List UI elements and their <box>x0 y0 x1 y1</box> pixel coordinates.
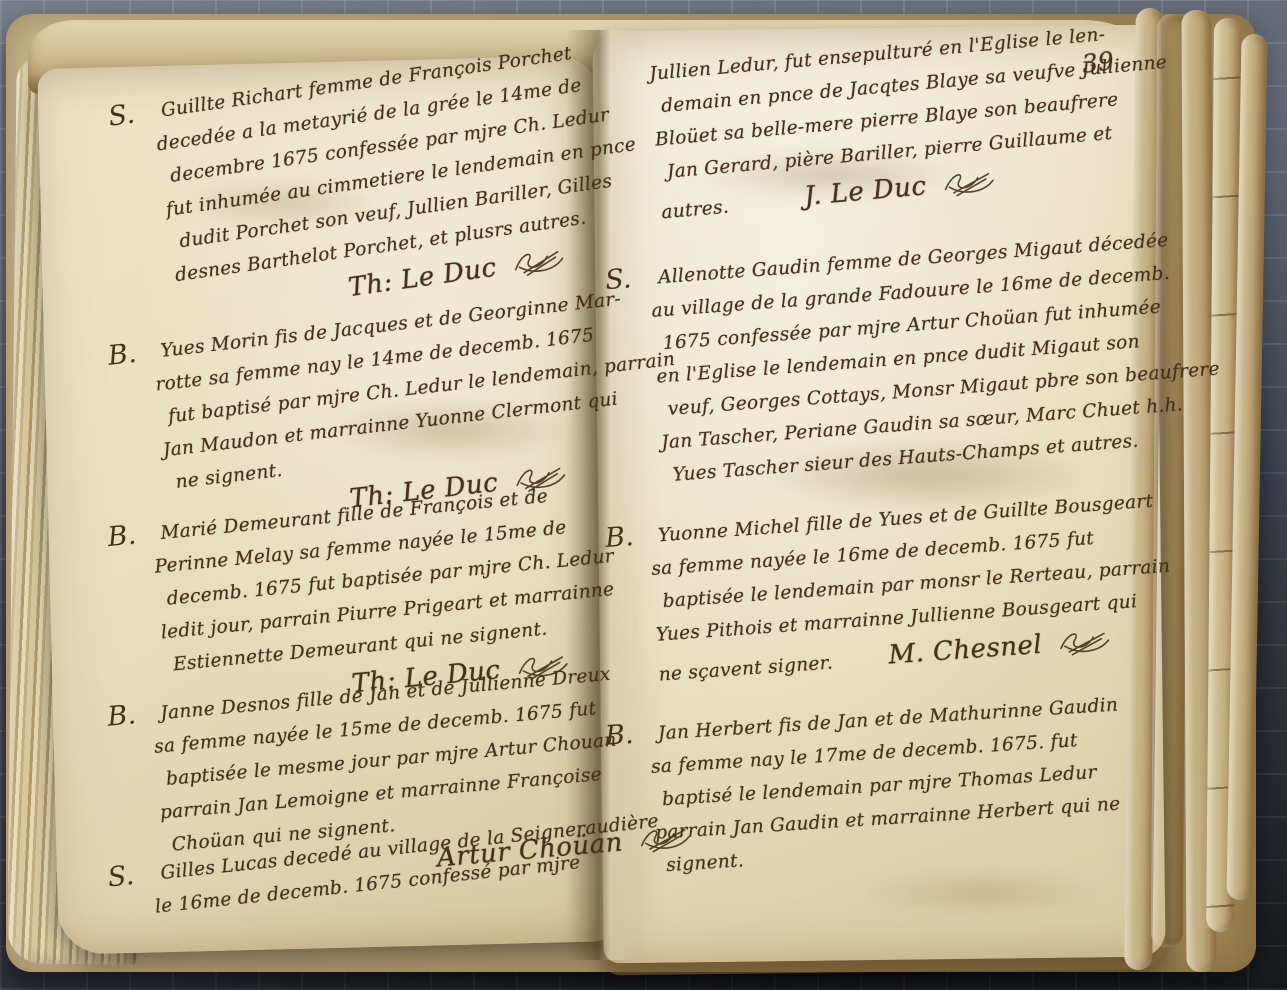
register-entry: B.Yuonne Michel fille de Yues et de Guil… <box>648 484 1171 691</box>
margin-letter: S. <box>106 98 136 132</box>
paraph-flourish-icon <box>941 166 997 199</box>
register-entry: B.Jan Herbert fis de Jan et de Mathurinn… <box>648 686 1169 883</box>
paraph-flourish-icon <box>510 244 567 279</box>
margin-letter: B. <box>106 338 138 372</box>
margin-letter: S. <box>604 263 632 296</box>
register-entry: S.Allenotte Gaudin femme de Georges Miga… <box>648 225 1176 493</box>
photographed-manuscript-scene: 39 S.Guillte Richart femme de François P… <box>0 0 1287 990</box>
margin-letter: B. <box>106 519 137 553</box>
margin-letter: B. <box>604 719 634 752</box>
margin-letter: S. <box>106 860 135 894</box>
margin-letter: B. <box>106 699 137 732</box>
paraph-flourish-icon <box>1057 626 1113 658</box>
margin-letter: B. <box>604 521 635 554</box>
manuscript-line: autres. <box>660 191 730 230</box>
